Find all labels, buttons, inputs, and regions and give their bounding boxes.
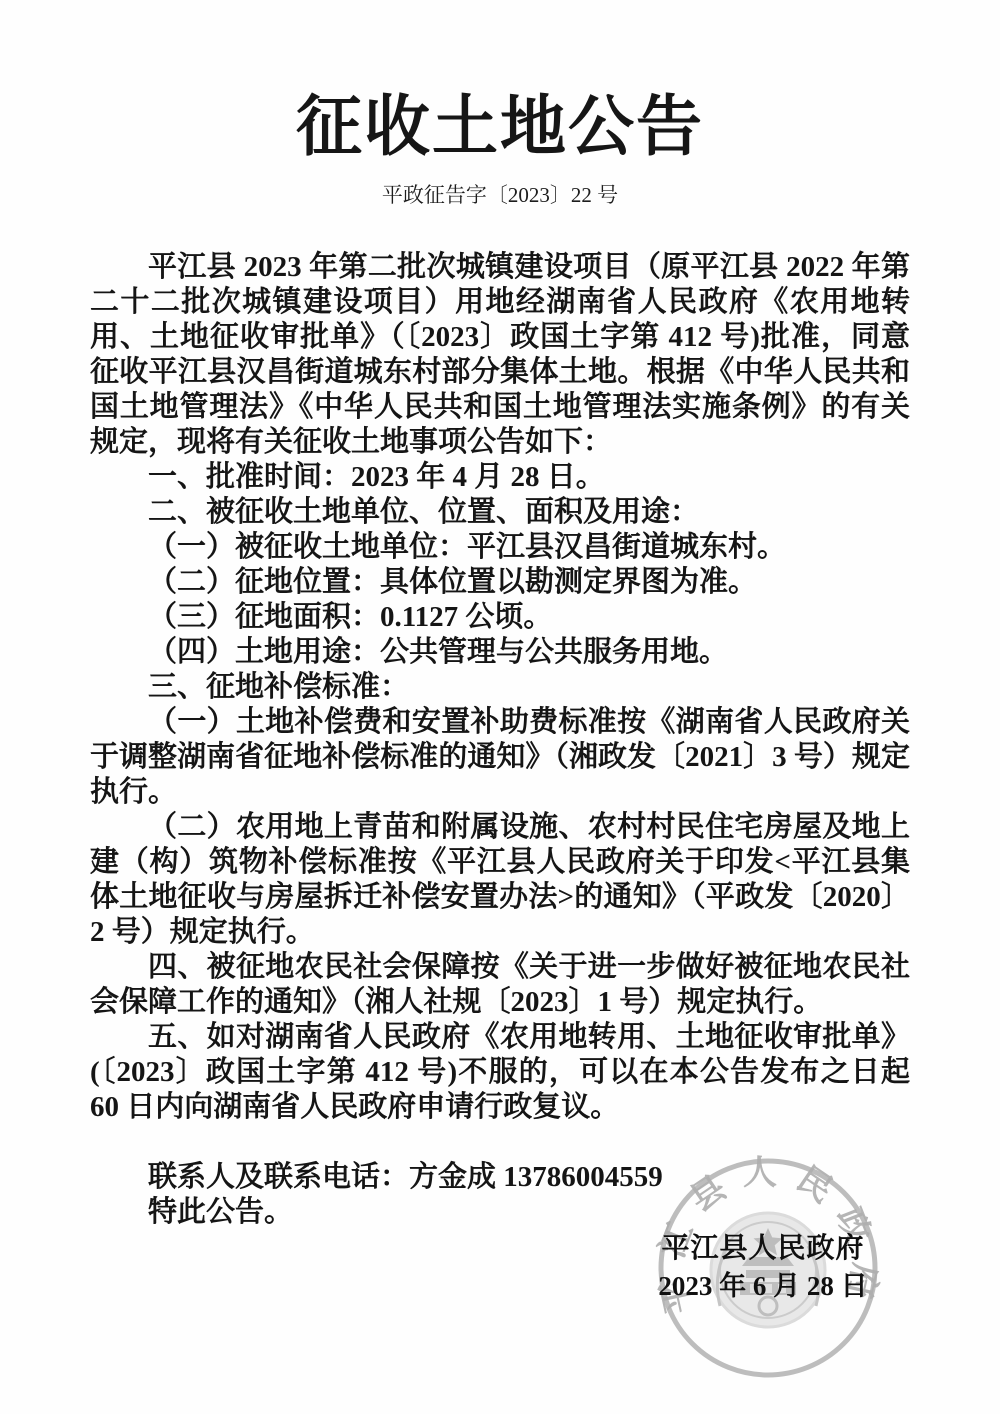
signature-block: 平江县人民政府 2023 年 6 月 28 日 — [608, 1232, 918, 1303]
document-page: 征收土地公告 平政征告字〔2023〕22 号 平江县 2023 年第二批次城镇建… — [0, 0, 1000, 1414]
paragraph-approval-date: 一、批准时间：2023 年 4 月 28 日。 — [90, 460, 910, 495]
paragraph-section-2: 二、被征收土地单位、位置、面积及用途： — [90, 495, 910, 530]
paragraph-social-security: 四、被征地农民社会保障按《关于进一步做好被征地农民社会保障工作的通知》（湘人社规… — [90, 950, 910, 1020]
paragraph-section-3: 三、征地补偿标准： — [90, 670, 910, 705]
paragraph-area: （三）征地面积：0.1127 公顷。 — [90, 600, 910, 635]
paragraph-land-unit: （一）被征收土地单位：平江县汉昌街道城东村。 — [90, 530, 910, 565]
paragraph-location: （二）征地位置：具体位置以勘测定界图为准。 — [90, 565, 910, 600]
signature-issuer: 平江县人民政府 — [608, 1232, 918, 1266]
document-number: 平政征告字〔2023〕22 号 — [0, 182, 1000, 208]
document-body: 平江县 2023 年第二批次城镇建设项目（原平江县 2022 年第二十二批次城镇… — [0, 250, 1000, 1230]
paragraph-compensation: （一）土地补偿费和安置补助费标准按《湖南省人民政府关于调整湖南省征地补偿标准的通… — [90, 705, 910, 810]
signature-date: 2023 年 6 月 28 日 — [608, 1269, 918, 1303]
paragraph-intro: 平江县 2023 年第二批次城镇建设项目（原平江县 2022 年第二十二批次城镇… — [90, 250, 910, 460]
paragraph-land-use: （四）土地用途：公共管理与公共服务用地。 — [90, 635, 910, 670]
paragraph-structures: （二）农用地上青苗和附属设施、农村村民住宅房屋及地上建（构）筑物补偿标准按《平江… — [90, 810, 910, 950]
paragraph-appeal: 五、如对湖南省人民政府《农用地转用、土地征收审批单》(〔2023〕政国土字第 4… — [90, 1020, 910, 1125]
document-title: 征收土地公告 — [0, 0, 1000, 162]
